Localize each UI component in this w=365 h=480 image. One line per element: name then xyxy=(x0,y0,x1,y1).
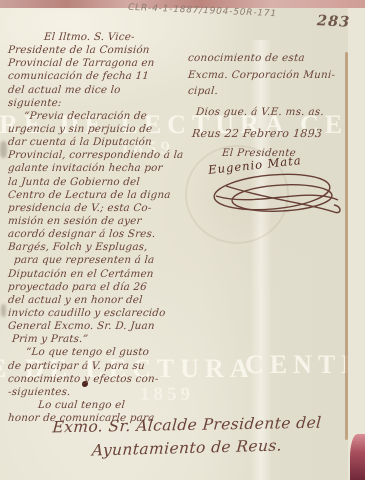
address-block: Exmo. Sr. Alcalde Presidente del Ayuntam… xyxy=(22,416,352,457)
letter-line: la Junta de Gobierno del xyxy=(7,176,198,189)
dateline: Reus 22 Febrero 1893 xyxy=(187,127,350,140)
letter-line: General Excmo. Sr. D. Juan xyxy=(7,320,198,333)
letter-line: misión en sesión de ayer xyxy=(7,215,198,228)
letter-line: proyectado para el día 26 xyxy=(7,281,198,294)
margin-smudge xyxy=(1,304,6,317)
valediction-line: Dios gue. á V.E. ms. as. xyxy=(187,106,350,118)
letter-line: Presidente de la Comisión xyxy=(7,44,198,57)
page-number: 283 xyxy=(317,12,351,31)
letter-right-column: conocimiento de esta Excma. Corporación … xyxy=(188,52,350,159)
letter-line: Bargés, Folch y Esplugas, xyxy=(7,241,198,254)
binding-corner-patch xyxy=(350,434,365,480)
scanned-letter-page: CENTRE DE LECTURA CENTRE DE LECTURA 1859… xyxy=(0,0,365,480)
letter-line: Diputación en el Certámen xyxy=(7,268,198,281)
letter-line: Excma. Corporación Muni- xyxy=(187,69,350,81)
address-line: Exmo. Sr. Alcalde Presidente del xyxy=(21,413,352,437)
letter-line: acordó designar á los Sres. xyxy=(7,228,198,241)
letter-line: comunicación de fecha 11 xyxy=(7,70,198,83)
address-line: Ayuntamiento de Reus. xyxy=(22,435,353,462)
adjacent-page-strip xyxy=(348,8,365,480)
letter-line: Lo cual tengo el xyxy=(7,399,198,412)
signature-block: Eugenio Mata xyxy=(196,156,346,232)
letter-line: invicto caudillo y esclarecido xyxy=(7,307,198,320)
letter-line: dar cuenta á la Diputación xyxy=(7,136,198,149)
letter-line: Centro de Lectura de la digna xyxy=(7,189,198,202)
letter-line: Provincial, correspondiendo á la xyxy=(7,149,198,162)
letter-left-column: El Iltmo. S. Vice- Presidente de la Comi… xyxy=(8,31,198,425)
letter-line: siguiente: xyxy=(7,97,198,110)
letter-line: “Previa declaración de xyxy=(7,110,198,123)
letter-line: para que representen á la xyxy=(7,254,198,267)
letter-line: urgencia y sin perjuicio de xyxy=(7,123,198,136)
letter-line: El Iltmo. S. Vice- xyxy=(7,31,198,44)
margin-smudge xyxy=(0,141,7,158)
letter-line: Provincial de Tarragona en xyxy=(7,57,198,70)
letter-line: galante invitación hecha por xyxy=(7,162,198,175)
letter-line: del actual me dice lo xyxy=(7,84,198,97)
letter-line: conocimiento y efectos con- xyxy=(7,373,198,386)
letter-line: cipal. xyxy=(187,85,350,97)
letter-line: de participar á V. para su xyxy=(7,360,198,373)
letter-line: “Lo que tengo el gusto xyxy=(7,346,198,359)
letter-line: del actual y en honor del xyxy=(7,294,198,307)
letter-line: Prim y Prats.” xyxy=(7,333,198,346)
letter-line: presidencia de V.; esta Co- xyxy=(7,202,198,215)
letter-line: conocimiento de esta xyxy=(187,52,350,64)
letter-line: -siguientes. xyxy=(7,386,198,399)
